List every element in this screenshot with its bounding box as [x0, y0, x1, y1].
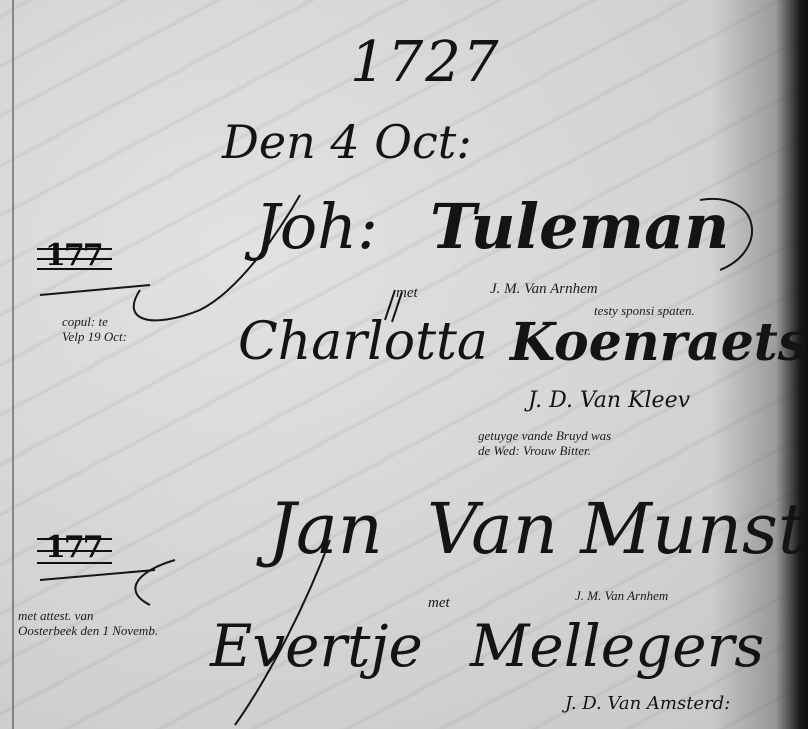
groom-surname: Tuleman — [430, 190, 729, 263]
margin-note: copul: te Velp 19 Oct: — [62, 314, 127, 344]
margin-note: met attest. van Oosterbeek den 1 Novemb. — [18, 608, 158, 638]
groom-given-name: Joh: — [255, 190, 378, 263]
bride-witness-note: getuyge vande Bruyd was de Wed: Vrouw Bi… — [478, 428, 611, 458]
connector-met: met — [428, 595, 450, 612]
margin-note-line: copul: te — [62, 314, 127, 329]
strike-line — [37, 268, 112, 270]
strike-line — [37, 248, 112, 250]
note-line: de Wed: Vrouw Bitter. — [478, 443, 611, 458]
groom-witness: J. M. Van Arnhem — [490, 281, 598, 298]
strike-line — [37, 550, 112, 552]
entry-number: 177 — [45, 530, 102, 565]
entry-number-struck: 177 — [45, 238, 102, 273]
strike-line — [37, 258, 112, 260]
bride-witness: J. D. Van Kleev — [528, 388, 690, 413]
groom-surname: Van Munster — [427, 488, 808, 570]
groom-given-name: Jan — [268, 488, 383, 570]
margin-rule — [12, 0, 14, 729]
strike-line — [37, 562, 112, 564]
groom-witness: J. M. Van Arnhem — [575, 588, 668, 603]
strike-line — [37, 538, 112, 540]
margin-note-line: met attest. van — [18, 608, 158, 623]
margin-note-line: Velp 19 Oct: — [62, 329, 127, 344]
bride-surname: Mellegers — [470, 612, 764, 680]
register-year: 1727 — [350, 30, 501, 95]
bride-surname: Koenraets — [510, 312, 807, 373]
bride-given-name: Charlotta — [238, 312, 488, 372]
register-page: 1727 Den 4 Oct: 177 copul: te Velp 19 Oc… — [0, 0, 808, 729]
note-line: getuyge vande Bruyd was — [478, 428, 611, 443]
entry-number-struck: 177 — [45, 530, 102, 565]
connector-met: met — [396, 285, 418, 302]
bride-witness: J. D. Van Amsterd: — [565, 693, 730, 714]
entry-date: Den 4 Oct: — [222, 115, 472, 169]
margin-note-line: Oosterbeek den 1 Novemb. — [18, 623, 158, 638]
bride-given-name: Evertje — [210, 612, 423, 680]
